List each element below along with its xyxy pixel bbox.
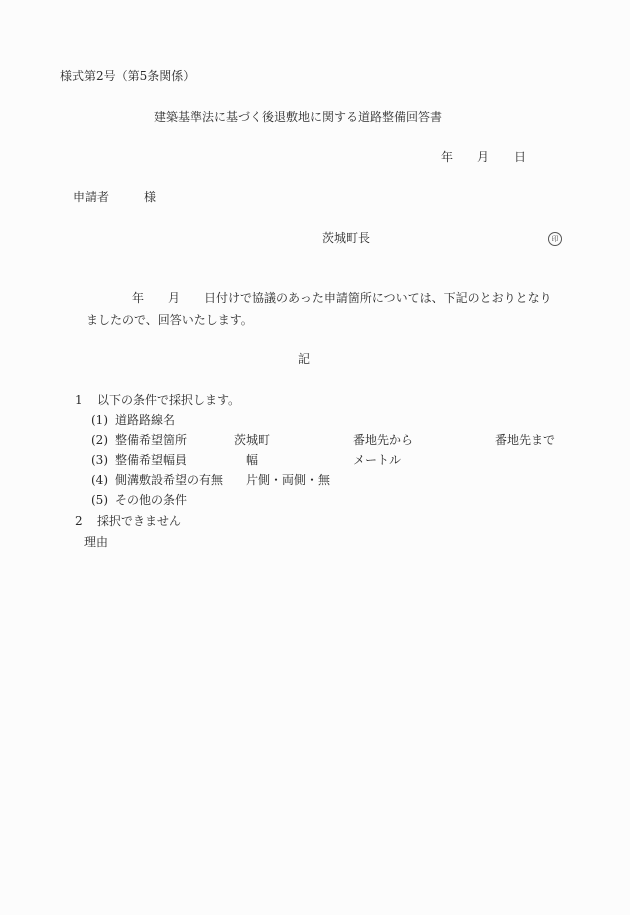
sub4-number: (4)	[91, 474, 108, 486]
item1-text: 以下の条件で採択します。	[97, 394, 240, 406]
body-year-label: 年	[132, 292, 144, 304]
sender-name: 茨城町長	[322, 232, 370, 244]
body-line2: ましたので、回答いたします。	[86, 314, 253, 326]
sub2-label: 整備希望箇所	[115, 434, 187, 446]
sub2-from: 番地先から	[353, 434, 413, 446]
sub3-label: 整備希望幅員	[115, 454, 187, 466]
applicant-label: 申請者	[73, 191, 109, 203]
sub4-options: 片側・両側・無	[246, 474, 330, 486]
sub2-town: 茨城町	[234, 434, 270, 446]
seal-mark: 印	[548, 231, 562, 246]
body-month-label: 月	[168, 292, 180, 304]
sub5-label: その他の条件	[115, 494, 187, 506]
body-line1: 日付けで協議のあった申請箇所については、下記のとおりとなり	[204, 292, 552, 304]
applicant-honorific: 様	[144, 191, 156, 203]
date-day-label: 日	[514, 151, 526, 163]
item2-text: 採択できません	[97, 515, 181, 527]
sub3-width: 幅	[246, 454, 258, 466]
sub1-label: 道路路線名	[115, 414, 175, 426]
item1-number: 1	[75, 394, 83, 406]
reason-label: 理由	[84, 536, 108, 548]
sub2-number: (2)	[91, 434, 108, 446]
form-number: 様式第2号（第5条関係）	[60, 70, 195, 82]
item2-number: 2	[75, 515, 83, 527]
document-title: 建築基準法に基づく後退敷地に関する道路整備回答書	[154, 111, 442, 123]
sub4-label: 側溝敷設希望の有無	[115, 474, 223, 486]
date-month-label: 月	[477, 151, 489, 163]
sub3-unit: メートル	[353, 454, 401, 466]
date-year-label: 年	[441, 151, 453, 163]
sub3-number: (3)	[91, 454, 108, 466]
ki-heading: 記	[298, 353, 310, 365]
sub1-number: (1)	[91, 414, 108, 426]
seal-icon: 印	[548, 232, 562, 246]
sub5-number: (5)	[91, 494, 108, 506]
sub2-to: 番地先まで	[495, 434, 555, 446]
